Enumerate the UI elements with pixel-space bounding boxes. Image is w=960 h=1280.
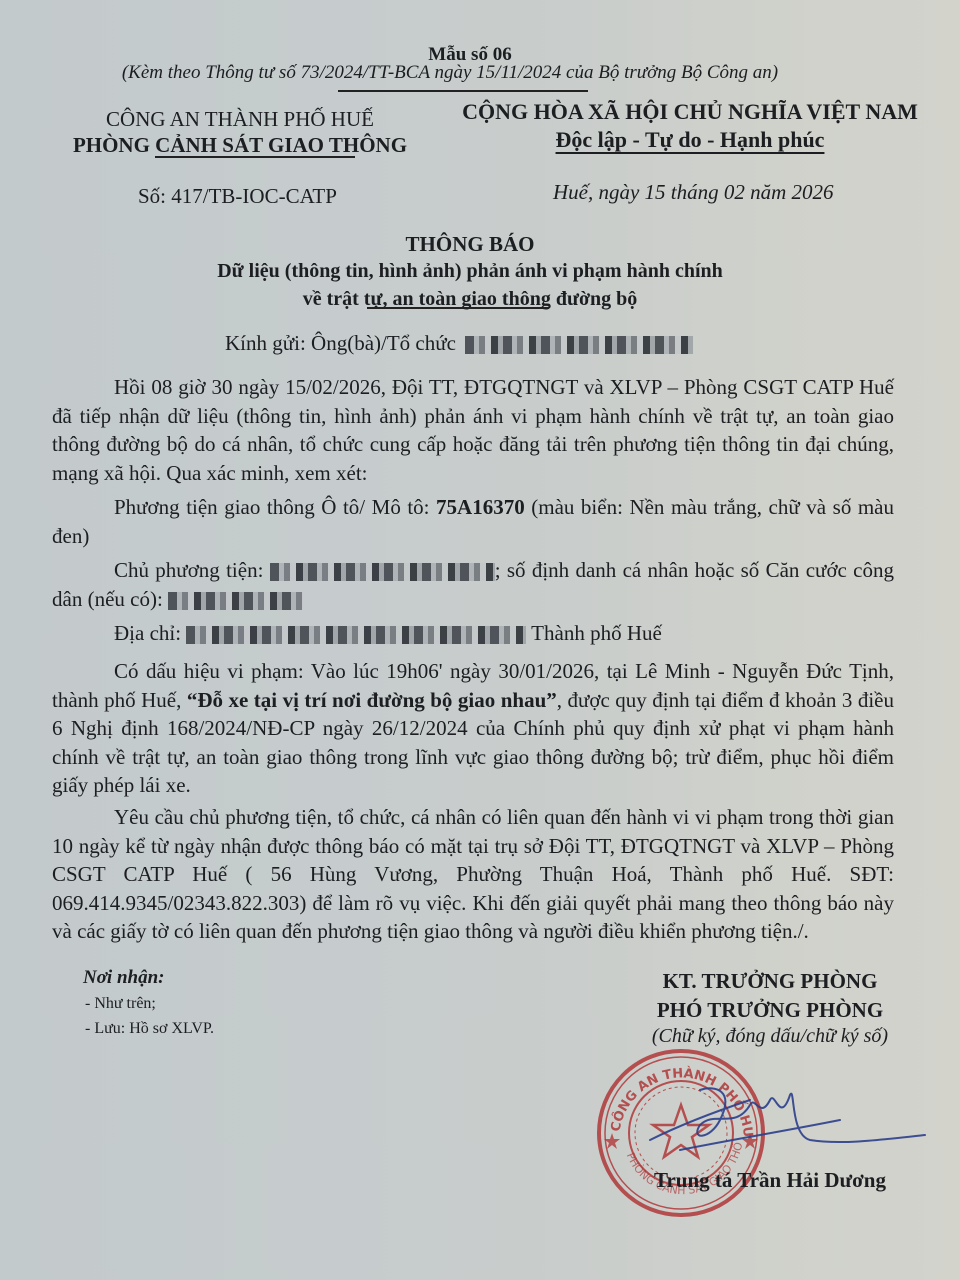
agency-line-1: CÔNG AN THÀNH PHỐ HUẾ — [40, 106, 440, 132]
paragraph-intro: Hồi 08 giờ 30 ngày 15/02/2026, Đội TT, Đ… — [52, 373, 894, 487]
nation-line-1: CỘNG HÒA XÃ HỘI CHỦ NGHĨA VIỆT NAM — [440, 98, 940, 126]
divider — [338, 90, 588, 92]
sign-line-1: KT. TRƯỞNG PHÒNG — [600, 967, 940, 996]
paragraph-owner: Chủ phương tiện: ; số định danh cá nhân … — [52, 556, 894, 613]
issuing-agency: CÔNG AN THÀNH PHỐ HUẾ PHÒNG CẢNH SÁT GIA… — [40, 106, 440, 158]
paragraph-vehicle: Phương tiện giao thông Ô tô/ Mô tô: 75A1… — [52, 493, 894, 550]
paragraph-address: Địa chỉ: Thành phố Huế — [52, 619, 894, 648]
recipient-item: - Lưu: Hồ sơ XLVP. — [85, 1020, 214, 1038]
divider — [367, 307, 549, 309]
recipient-item: - Như trên; — [85, 995, 156, 1013]
recipients-label: Nơi nhận: — [83, 967, 164, 989]
handwritten-signature-icon — [640, 1080, 930, 1160]
violation-description: “Đỗ xe tại vị trí nơi đường bộ giao nhau… — [187, 688, 557, 712]
redacted-recipient-name — [465, 336, 693, 354]
address-label: Địa chỉ: — [114, 621, 186, 645]
attachment-note: (Kèm theo Thông tư số 73/2024/TT-BCA ngà… — [0, 62, 900, 84]
subtitle-line-1: Dữ liệu (thông tin, hình ảnh) phản ánh v… — [0, 257, 940, 285]
redacted-id-number — [168, 592, 303, 610]
recipient-label: Kính gửi: Ông(bà)/Tổ chức — [225, 331, 456, 355]
paragraph-request: Yêu cầu chủ phương tiện, tổ chức, cá nhâ… — [52, 803, 894, 946]
vehicle-label: Phương tiện giao thông Ô tô/ Mô tô: — [114, 495, 436, 519]
paragraph-violation: Có dấu hiệu vi phạm: Vào lúc 19h06' ngày… — [52, 657, 894, 800]
document-title: THÔNG BÁO — [0, 232, 940, 257]
address-city: Thành phố Huế — [526, 621, 662, 645]
document-subtitle: Dữ liệu (thông tin, hình ảnh) phản ánh v… — [0, 257, 940, 313]
owner-label: Chủ phương tiện: — [114, 558, 270, 582]
agency-line-2: PHÒNG CẢNH SÁT GIAO THÔNG — [40, 132, 440, 158]
redacted-owner-name — [270, 563, 495, 581]
recipient-line: Kính gửi: Ông(bà)/Tổ chức — [225, 331, 693, 356]
sign-line-2: PHÓ TRƯỞNG PHÒNG — [600, 996, 940, 1025]
redacted-address — [186, 626, 526, 644]
divider — [155, 156, 355, 158]
place-date: Huế, ngày 15 tháng 02 năm 2026 — [553, 180, 834, 205]
document-number: Số: 417/TB-IOC-CATP — [138, 184, 337, 209]
nation-motto: Độc lập - Tự do - Hạnh phúc — [440, 126, 940, 154]
signer-name: Trung tá Trần Hải Dương — [600, 1168, 940, 1193]
license-plate: 75A16370 — [436, 495, 525, 519]
national-header: CỘNG HÒA XÃ HỘI CHỦ NGHĨA VIỆT NAM Độc l… — [440, 98, 940, 154]
signature-title: KT. TRƯỞNG PHÒNG PHÓ TRƯỞNG PHÒNG — [600, 967, 940, 1025]
